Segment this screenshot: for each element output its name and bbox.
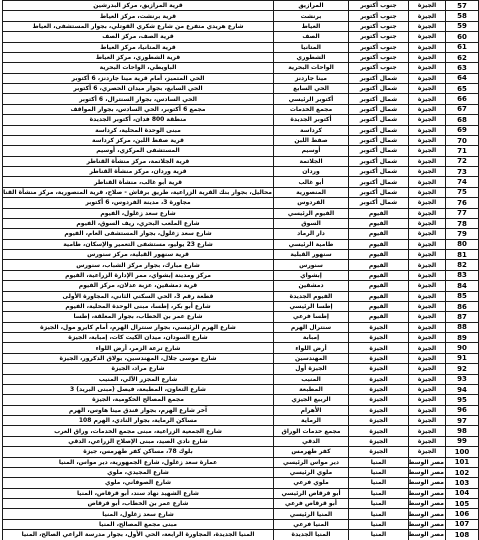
table-row: 96الجيزةالجيزةالأهرامآخر شارع الهرم، بجو… (3, 405, 479, 415)
sector-cell: الفيوم (349, 301, 409, 311)
row-number-cell: 80 (446, 239, 479, 249)
table-row: 93الجيزةالجيزةالمنيبشارع المجزر الآلي، ا… (3, 374, 479, 384)
table-row: 80الجيزةالفيومطامية الرئيسيشارع 23 يوليو… (3, 239, 479, 249)
region-cell: الجيزة (409, 364, 446, 374)
address-cell: قرية دمشقين، عزبة عدلان، مركز الفيوم (3, 281, 274, 291)
sector-cell: الجيزة (349, 395, 409, 405)
sector-cell: شمال أكتوبر (349, 115, 409, 125)
sector-cell: شمال أكتوبر (349, 73, 409, 83)
region-cell: الجيزة (409, 94, 446, 104)
sector-cell: شمال أكتوبر (349, 198, 409, 208)
exchange-cell: وردان (274, 167, 349, 177)
region-cell: الجيزة (409, 374, 446, 384)
sector-cell: الجيزة (349, 333, 409, 343)
exchange-cell: إمبابة (274, 333, 349, 343)
address-cell: المنيا الجديدة، المجاورة الرابعة، الحي ا… (3, 530, 274, 540)
address-cell: قرية برنشت، مركز العياط (3, 11, 274, 21)
table-row: 84الجيزةالفيومدمشقينقرية دمشقين، عزبة عد… (3, 281, 479, 291)
exchange-cell: دمشقين (274, 281, 349, 291)
row-number-cell: 102 (446, 467, 479, 477)
region-cell: الجيزة (409, 73, 446, 83)
region-cell: الجيزة (409, 333, 446, 343)
row-number-cell: 64 (446, 73, 479, 83)
exchange-cell: الحي السابع (274, 84, 349, 94)
region-cell: الجيزة (409, 239, 446, 249)
exchange-cell: الأهرام (274, 405, 349, 415)
region-cell: الجيزة (409, 312, 446, 322)
table-row: 58الجيزةجنوب أكتوبربرنشتقرية برنشت، مركز… (3, 11, 479, 21)
address-cell: شارع عمر بن الخطاب، بجوار المعلقة، إطسا (3, 312, 274, 322)
region-cell: الجيزة (409, 218, 446, 228)
table-row: 69الجيزةشمال أكتوبركرداسةمبنى الوحدة الم… (3, 125, 479, 135)
address-cell: محاليل، بجوار بنك القرية الزراعية، طريق … (3, 187, 274, 197)
address-cell: شارع سعد زغلول، المنيا (3, 509, 274, 519)
address-cell: الحي المتميز، أمام قرية مينا جاردنز، 6 أ… (3, 73, 274, 83)
address-cell: قرية صفط اللبن، مركز كرداسة (3, 135, 274, 145)
row-number-cell: 95 (446, 395, 479, 405)
exchange-cell: سنهور القبلية (274, 250, 349, 260)
region-cell: مصر الوسطى (409, 467, 446, 477)
address-cell: شارع أبو بكر، إطسا، مبنى الوحدة المحلية،… (3, 301, 274, 311)
table-row: 81الجيزةالفيومسنهور القبليةقرية سنهور ال… (3, 250, 479, 260)
exchange-cell: دير مواس الرئيسي (274, 457, 349, 467)
table-row: 73الجيزةشمال أكتوبروردانقرية وردان، مركز… (3, 167, 479, 177)
row-number-cell: 101 (446, 457, 479, 467)
region-cell: الجيزة (409, 250, 446, 260)
address-cell: مساكن الرماية، بجوار النادي، الهرم 108 (3, 416, 274, 426)
table-row: 102مصر الوسطىالمنياملوي الرئيسيشارع المج… (3, 467, 479, 477)
row-number-cell: 82 (446, 260, 479, 270)
region-cell: مصر الوسطى (409, 499, 446, 509)
table-row: 95الجيزةالجيزةالربيع الجيزيمجمع المصالح … (3, 395, 479, 405)
table-row: 86الجيزةالفيومإطسا الرئيسيشارع أبو بكر، … (3, 301, 479, 311)
address-cell: قرية سنهور القبلية، مركز سنورس (3, 250, 274, 260)
exchange-cell: المطبعة (274, 384, 349, 394)
sector-cell: المنيا (349, 530, 409, 540)
address-cell: شارع السودان، ميدان الكيت كات، إمبابة، ا… (3, 333, 274, 343)
region-cell: الجيزة (409, 208, 446, 218)
address-cell: قرية أبو غالب، منشأة القناطر (3, 177, 274, 187)
address-cell: شارع مراد، الجيزة (3, 364, 274, 374)
region-cell: الجيزة (409, 353, 446, 363)
sector-cell: الفيوم (349, 260, 409, 270)
row-number-cell: 92 (446, 364, 479, 374)
region-cell: الجيزة (409, 270, 446, 280)
exchange-cell: المهندسين (274, 353, 349, 363)
exchange-cell: سنترال الهرم (274, 322, 349, 332)
sector-cell: شمال أكتوبر (349, 84, 409, 94)
region-cell: الجيزة (409, 343, 446, 353)
exchange-cell: طامية الرئيسي (274, 239, 349, 249)
sector-cell: شمال أكتوبر (349, 135, 409, 145)
table-row: 90الجيزةالجيزةأرض اللواءشارع ترعة الزمر،… (3, 343, 479, 353)
address-cell: شارع نادي الصيد، مبنى الإصلاح الزراعي، ا… (3, 436, 274, 446)
exchange-locations-table: 57الجيزةجنوب أكتوبرالمرازيققرية المرازيق… (2, 0, 479, 540)
sector-cell: شمال أكتوبر (349, 177, 409, 187)
sector-cell: الجيزة (349, 426, 409, 436)
row-number-cell: 67 (446, 104, 479, 114)
address-cell: شارع المجيدي، ملوي (3, 467, 274, 477)
exchange-cell: المنيا الجديدة (274, 530, 349, 540)
table-row: 78الجيزةالفيومالسوقشارع الملعب البحري، ر… (3, 218, 479, 228)
region-cell: مصر الوسطى (409, 488, 446, 498)
address-cell: شارع مبارك، بجوار مركز الشباب، سنورس (3, 260, 274, 270)
region-cell: الجيزة (409, 198, 446, 208)
address-cell: شارع سعد زغلول، الفيوم (3, 208, 274, 218)
region-cell: الجيزة (409, 229, 446, 239)
row-number-cell: 104 (446, 488, 479, 498)
sector-cell: المنيا (349, 499, 409, 509)
address-cell: الحي السادس، بجوار السنترال، 6 أكتوبر (3, 94, 274, 104)
region-cell: الجيزة (409, 426, 446, 436)
sector-cell: الجيزة (349, 322, 409, 332)
exchange-cell: صفط اللبن (274, 135, 349, 145)
sector-cell: جنوب أكتوبر (349, 52, 409, 62)
row-number-cell: 83 (446, 270, 479, 280)
row-number-cell: 73 (446, 167, 479, 177)
exchange-cell: الجيزة أول (274, 364, 349, 374)
exchange-cell: كرداسة (274, 125, 349, 135)
sector-cell: الجيزة (349, 436, 409, 446)
exchange-cell: مينا جاردنز (274, 73, 349, 83)
region-cell: الجيزة (409, 125, 446, 135)
sector-cell: الفيوم (349, 229, 409, 239)
exchange-cell: أبو غالب (274, 177, 349, 187)
row-number-cell: 94 (446, 384, 479, 394)
exchange-cell: الصف (274, 32, 349, 42)
row-number-cell: 107 (446, 519, 479, 529)
row-number-cell: 84 (446, 281, 479, 291)
table-row: 103مصر الوسطىالمنياملوي فرعيشارع الصوفان… (3, 478, 479, 488)
region-cell: الجيزة (409, 395, 446, 405)
row-number-cell: 96 (446, 405, 479, 415)
table-row: 60الجيزةجنوب أكتوبرالصفقرية الصف، مركز ا… (3, 32, 479, 42)
address-cell: شارع هريدي متفرع من شارع شكري القوتلي، ب… (3, 21, 274, 31)
sector-cell: الجيزة (349, 374, 409, 384)
exchange-cell: أبو قرقاص فرعي (274, 499, 349, 509)
sector-cell: المنيا (349, 467, 409, 477)
address-cell: الحي السابع، بجوار ميدان الحصري، 6 أكتوب… (3, 84, 274, 94)
address-cell: شارع الشهيد نهاد سند، أبو قرقاص، المنيا (3, 488, 274, 498)
exchange-cell: الفيوم الرئيسي (274, 208, 349, 218)
row-number-cell: 62 (446, 52, 479, 62)
row-number-cell: 74 (446, 177, 479, 187)
exchange-cell: مجمع الخدمات (274, 104, 349, 114)
table-row: 97الجيزةالجيزةالرمايةمساكن الرماية، بجوا… (3, 416, 479, 426)
row-number-cell: 89 (446, 333, 479, 343)
address-cell: قرية المتانيا، مركز العياط (3, 42, 274, 52)
exchange-cell: المنصورية (274, 187, 349, 197)
address-cell: قرية الشطوري، مركز العياط (3, 52, 274, 62)
sector-cell: المنيا (349, 519, 409, 529)
row-number-cell: 86 (446, 301, 479, 311)
row-number-cell: 65 (446, 84, 479, 94)
table-row: 77الجيزةالفيومالفيوم الرئيسيشارع سعد زغل… (3, 208, 479, 218)
table-row: 83الجيزةالفيومإبشوايمركز ومدينة إبشواي، … (3, 270, 479, 280)
row-number-cell: 75 (446, 187, 479, 197)
region-cell: الجيزة (409, 384, 446, 394)
region-cell: الجيزة (409, 1, 446, 11)
sector-cell: الفيوم (349, 312, 409, 322)
row-number-cell: 61 (446, 42, 479, 52)
region-cell: الجيزة (409, 291, 446, 301)
table-row: 104مصر الوسطىالمنياأبو قرقاص الرئيسيشارع… (3, 488, 479, 498)
exchange-cell: إطسا الرئيسي (274, 301, 349, 311)
address-cell: مجمع 6 أكتوبر، الحي السادس، بجوار المواق… (3, 104, 274, 114)
row-number-cell: 69 (446, 125, 479, 135)
address-cell: شارع الملعب البحري، ريف السوق، الفيوم (3, 218, 274, 228)
region-cell: مصر الوسطى (409, 519, 446, 529)
row-number-cell: 88 (446, 322, 479, 332)
address-cell: قرية الجلاتمة، مركز منشأة القناطر (3, 156, 274, 166)
exchange-cell: أكتوبر الجديدة (274, 115, 349, 125)
region-cell: الجيزة (409, 177, 446, 187)
region-cell: الجيزة (409, 405, 446, 415)
row-number-cell: 91 (446, 353, 479, 363)
sector-cell: جنوب أكتوبر (349, 42, 409, 52)
region-cell: الجيزة (409, 156, 446, 166)
sector-cell: جنوب أكتوبر (349, 1, 409, 11)
table-row: 100الجيزةالجيزةكفر طهرمسبلوك 78، مساكن ك… (3, 447, 479, 457)
sector-cell: المنيا (349, 478, 409, 488)
row-number-cell: 87 (446, 312, 479, 322)
region-cell: الجيزة (409, 301, 446, 311)
exchange-cell: المرازيق (274, 1, 349, 11)
region-cell: الجيزة (409, 115, 446, 125)
row-number-cell: 57 (446, 1, 479, 11)
region-cell: الجيزة (409, 32, 446, 42)
table-row: 85الجيزةالفيومالفيوم الجديدةقطعة رقم 3، … (3, 291, 479, 301)
address-cell: مبنى مجمع المصالح، المنيا (3, 519, 274, 529)
region-cell: الجيزة (409, 167, 446, 177)
address-cell: المستشفى المركزي، أوسيم (3, 146, 274, 156)
sector-cell: الفيوم (349, 291, 409, 301)
row-number-cell: 77 (446, 208, 479, 218)
table-row: 68الجيزةشمال أكتوبرأكتوبر الجديدةمنطقة 8… (3, 115, 479, 125)
sector-cell: شمال أكتوبر (349, 187, 409, 197)
region-cell: الجيزة (409, 322, 446, 332)
region-cell: الجيزة (409, 21, 446, 31)
exchange-cell: كفر طهرمس (274, 447, 349, 457)
table-row: 105مصر الوسطىالمنياأبو قرقاص فرعيشارع عم… (3, 499, 479, 509)
address-cell: قطعة رقم 3، الحي السكني الثاني، المجاورة… (3, 291, 274, 301)
exchange-cell: مجمع خدمات الوراق (274, 426, 349, 436)
address-cell: قرية وردان، مركز منشأة القناطر (3, 167, 274, 177)
sector-cell: شمال أكتوبر (349, 146, 409, 156)
table-row: 98الجيزةالجيزةمجمع خدمات الوراقشارع الجم… (3, 426, 479, 436)
exchange-cell: أبو قرقاص الرئيسي (274, 488, 349, 498)
table-row: 72الجيزةشمال أكتوبرالجلاتمةقرية الجلاتمة… (3, 156, 479, 166)
exchange-cell: أكتوبر الرئيسي (274, 94, 349, 104)
exchange-cell: أوسيم (274, 146, 349, 156)
table-row: 71الجيزةشمال أكتوبرأوسيمالمستشفى المركزي… (3, 146, 479, 156)
table-row: 70الجيزةشمال أكتوبرصفط اللبنقرية صفط الل… (3, 135, 479, 145)
region-cell: الجيزة (409, 63, 446, 73)
table-row: 82الجيزةالفيومسنورسشارع مبارك، بجوار مرك… (3, 260, 479, 270)
exchange-cell: الدقي (274, 436, 349, 446)
sector-cell: شمال أكتوبر (349, 167, 409, 177)
region-cell: الجيزة (409, 146, 446, 156)
row-number-cell: 103 (446, 478, 479, 488)
region-cell: الجيزة (409, 52, 446, 62)
address-cell: آخر شارع الهرم، بجوار فندق مينا هاوس، ال… (3, 405, 274, 415)
exchange-cell: برنشت (274, 11, 349, 21)
sector-cell: الفيوم (349, 239, 409, 249)
sector-cell: المنيا (349, 509, 409, 519)
row-number-cell: 93 (446, 374, 479, 384)
table-row: 76الجيزةشمال أكتوبرالفردوسمجاورة 3، مدين… (3, 198, 479, 208)
row-number-cell: 97 (446, 416, 479, 426)
table-row: 66الجيزةشمال أكتوبرأكتوبر الرئيسيالحي ال… (3, 94, 479, 104)
table-row: 74الجيزةشمال أكتوبرأبو غالبقرية أبو غالب… (3, 177, 479, 187)
address-cell: شارع الهرم الرئيسي، بجوار سنترال الهرم، … (3, 322, 274, 332)
row-number-cell: 100 (446, 447, 479, 457)
table-row: 99الجيزةالجيزةالدقيشارع نادي الصيد، مبنى… (3, 436, 479, 446)
address-cell: شارع ترعة الزمر، أرض اللواء (3, 343, 274, 353)
row-number-cell: 58 (446, 11, 479, 21)
exchange-cell: الرماية (274, 416, 349, 426)
exchange-cell: الفيوم الجديدة (274, 291, 349, 301)
exchange-cell: ملوي فرعي (274, 478, 349, 488)
address-cell: شارع الصوفاني، ملوي (3, 478, 274, 488)
region-cell: الجيزة (409, 42, 446, 52)
exchange-cell: العياط (274, 21, 349, 31)
address-cell: مركز ومدينة إبشواي، ممر الإدارة الزراعية… (3, 270, 274, 280)
exchange-cell: المتانيا (274, 42, 349, 52)
table-row: 94الجيزةالجيزةالمطبعةشارع التعاون، المطب… (3, 384, 479, 394)
row-number-cell: 81 (446, 250, 479, 260)
address-cell: قرية الصف، مركز الصف (3, 32, 274, 42)
sector-cell: شمال أكتوبر (349, 94, 409, 104)
row-number-cell: 106 (446, 509, 479, 519)
sector-cell: الجيزة (349, 416, 409, 426)
sector-cell: الجيزة (349, 353, 409, 363)
region-cell: الجيزة (409, 436, 446, 446)
row-number-cell: 78 (446, 218, 479, 228)
table-row: 106مصر الوسطىالمنياالمنيا الرئيسيشارع سع… (3, 509, 479, 519)
sector-cell: الفيوم (349, 218, 409, 228)
table-row: 79الجيزةالفيومدار الرمادشارع سعد زغلول، … (3, 229, 479, 239)
table-row: 87الجيزةالفيومإطسا فرعيشارع عمر بن الخطا… (3, 312, 479, 322)
region-cell: الجيزة (409, 281, 446, 291)
table-row: 65الجيزةشمال أكتوبرالحي السابعالحي الساب… (3, 84, 479, 94)
sector-cell: شمال أكتوبر (349, 125, 409, 135)
address-cell: شارع موسى جلال، المهندسين، بولاق الدكرور… (3, 353, 274, 363)
address-cell: منطقة 800 فدان، أكتوبر الجديدة (3, 115, 274, 125)
sector-cell: الجيزة (349, 447, 409, 457)
table-row: 107مصر الوسطىالمنياالمنيا فرعيمبنى مجمع … (3, 519, 479, 529)
table-row: 91الجيزةالجيزةالمهندسينشارع موسى جلال، ا… (3, 353, 479, 363)
region-cell: الجيزة (409, 104, 446, 114)
region-cell: الجيزة (409, 135, 446, 145)
address-cell: شارع المجزر الآلي، المنيب (3, 374, 274, 384)
sector-cell: جنوب أكتوبر (349, 21, 409, 31)
exchange-cell: الجلاتمة (274, 156, 349, 166)
row-number-cell: 79 (446, 229, 479, 239)
region-cell: مصر الوسطى (409, 509, 446, 519)
sector-cell: الجيزة (349, 343, 409, 353)
exchange-cell: سنورس (274, 260, 349, 270)
exchange-cell: إبشواي (274, 270, 349, 280)
table-row: 59الجيزةجنوب أكتوبرالعياطشارع هريدي متفر… (3, 21, 479, 31)
sector-cell: الجيزة (349, 405, 409, 415)
sector-cell: الجيزة (349, 364, 409, 374)
region-cell: مصر الوسطى (409, 457, 446, 467)
address-cell: شارع التعاون، المطبعة، فيصل (مبنى البريد… (3, 384, 274, 394)
address-cell: شارع عمر بن الخطاب، أبو قرقاص (3, 499, 274, 509)
region-cell: مصر الوسطى (409, 478, 446, 488)
region-cell: مصر الوسطى (409, 530, 446, 540)
sector-cell: جنوب أكتوبر (349, 32, 409, 42)
row-number-cell: 60 (446, 32, 479, 42)
table-row: 67الجيزةشمال أكتوبرمجمع الخدماتمجمع 6 أك… (3, 104, 479, 114)
region-cell: الجيزة (409, 84, 446, 94)
row-number-cell: 71 (446, 146, 479, 156)
region-cell: الجيزة (409, 187, 446, 197)
region-cell: الجيزة (409, 416, 446, 426)
sector-cell: الفيوم (349, 208, 409, 218)
table-row: 61الجيزةجنوب أكتوبرالمتانياقرية المتانيا… (3, 42, 479, 52)
table-row: 75الجيزةشمال أكتوبرالمنصوريةمحاليل، بجوا… (3, 187, 479, 197)
row-number-cell: 85 (446, 291, 479, 301)
address-cell: الباويطي، الواحات البحرية (3, 63, 274, 73)
row-number-cell: 59 (446, 21, 479, 31)
row-number-cell: 70 (446, 135, 479, 145)
exchange-cell: دار الرماد (274, 229, 349, 239)
row-number-cell: 66 (446, 94, 479, 104)
region-cell: الجيزة (409, 447, 446, 457)
row-number-cell: 99 (446, 436, 479, 446)
exchange-cell: الربيع الجيزي (274, 395, 349, 405)
table-row: 62الجيزةجنوب أكتوبرالشطوريقرية الشطوري، … (3, 52, 479, 62)
row-number-cell: 72 (446, 156, 479, 166)
exchange-cell: إطسا فرعي (274, 312, 349, 322)
table-row: 64الجيزةشمال أكتوبرمينا جاردنزالحي المتم… (3, 73, 479, 83)
sector-cell: المنيا (349, 488, 409, 498)
row-number-cell: 105 (446, 499, 479, 509)
exchange-cell: أرض اللواء (274, 343, 349, 353)
address-cell: قرية المرازيق، مركز البدرشين (3, 1, 274, 11)
sector-cell: جنوب أكتوبر (349, 11, 409, 21)
sector-cell: جنوب أكتوبر (349, 63, 409, 73)
address-cell: شارع 23 يوليو، مستشفى التعمير والإسكان، … (3, 239, 274, 249)
row-number-cell: 68 (446, 115, 479, 125)
table-row: 108مصر الوسطىالمنياالمنيا الجديدةالمنيا … (3, 530, 479, 540)
exchange-cell: الواحات البحرية (274, 63, 349, 73)
sector-cell: شمال أكتوبر (349, 156, 409, 166)
table-row: 57الجيزةجنوب أكتوبرالمرازيققرية المرازيق… (3, 1, 479, 11)
region-cell: الجيزة (409, 260, 446, 270)
exchange-cell: المنيا الرئيسي (274, 509, 349, 519)
sector-cell: الفيوم (349, 281, 409, 291)
sector-cell: الفيوم (349, 250, 409, 260)
table-body: 57الجيزةجنوب أكتوبرالمرازيققرية المرازيق… (3, 1, 479, 540)
sector-cell: شمال أكتوبر (349, 104, 409, 114)
exchange-cell: السوق (274, 218, 349, 228)
exchange-cell: المنيا فرعي (274, 519, 349, 529)
table-row: 89الجيزةالجيزةإمبابةشارع السودان، ميدان … (3, 333, 479, 343)
row-number-cell: 63 (446, 63, 479, 73)
exchange-cell: الفردوس (274, 198, 349, 208)
address-cell: شارع الجمعية الزراعية، مبنى مجمع الخدمات… (3, 426, 274, 436)
sector-cell: الفيوم (349, 270, 409, 280)
row-number-cell: 90 (446, 343, 479, 353)
exchange-cell: الشطوري (274, 52, 349, 62)
table-row: 88الجيزةالجيزةسنترال الهرمشارع الهرم الر… (3, 322, 479, 332)
address-cell: بلوك 78، مساكن كفر طهرمس، جيزة (3, 447, 274, 457)
exchange-cell: المنيب (274, 374, 349, 384)
sector-cell: المنيا (349, 457, 409, 467)
